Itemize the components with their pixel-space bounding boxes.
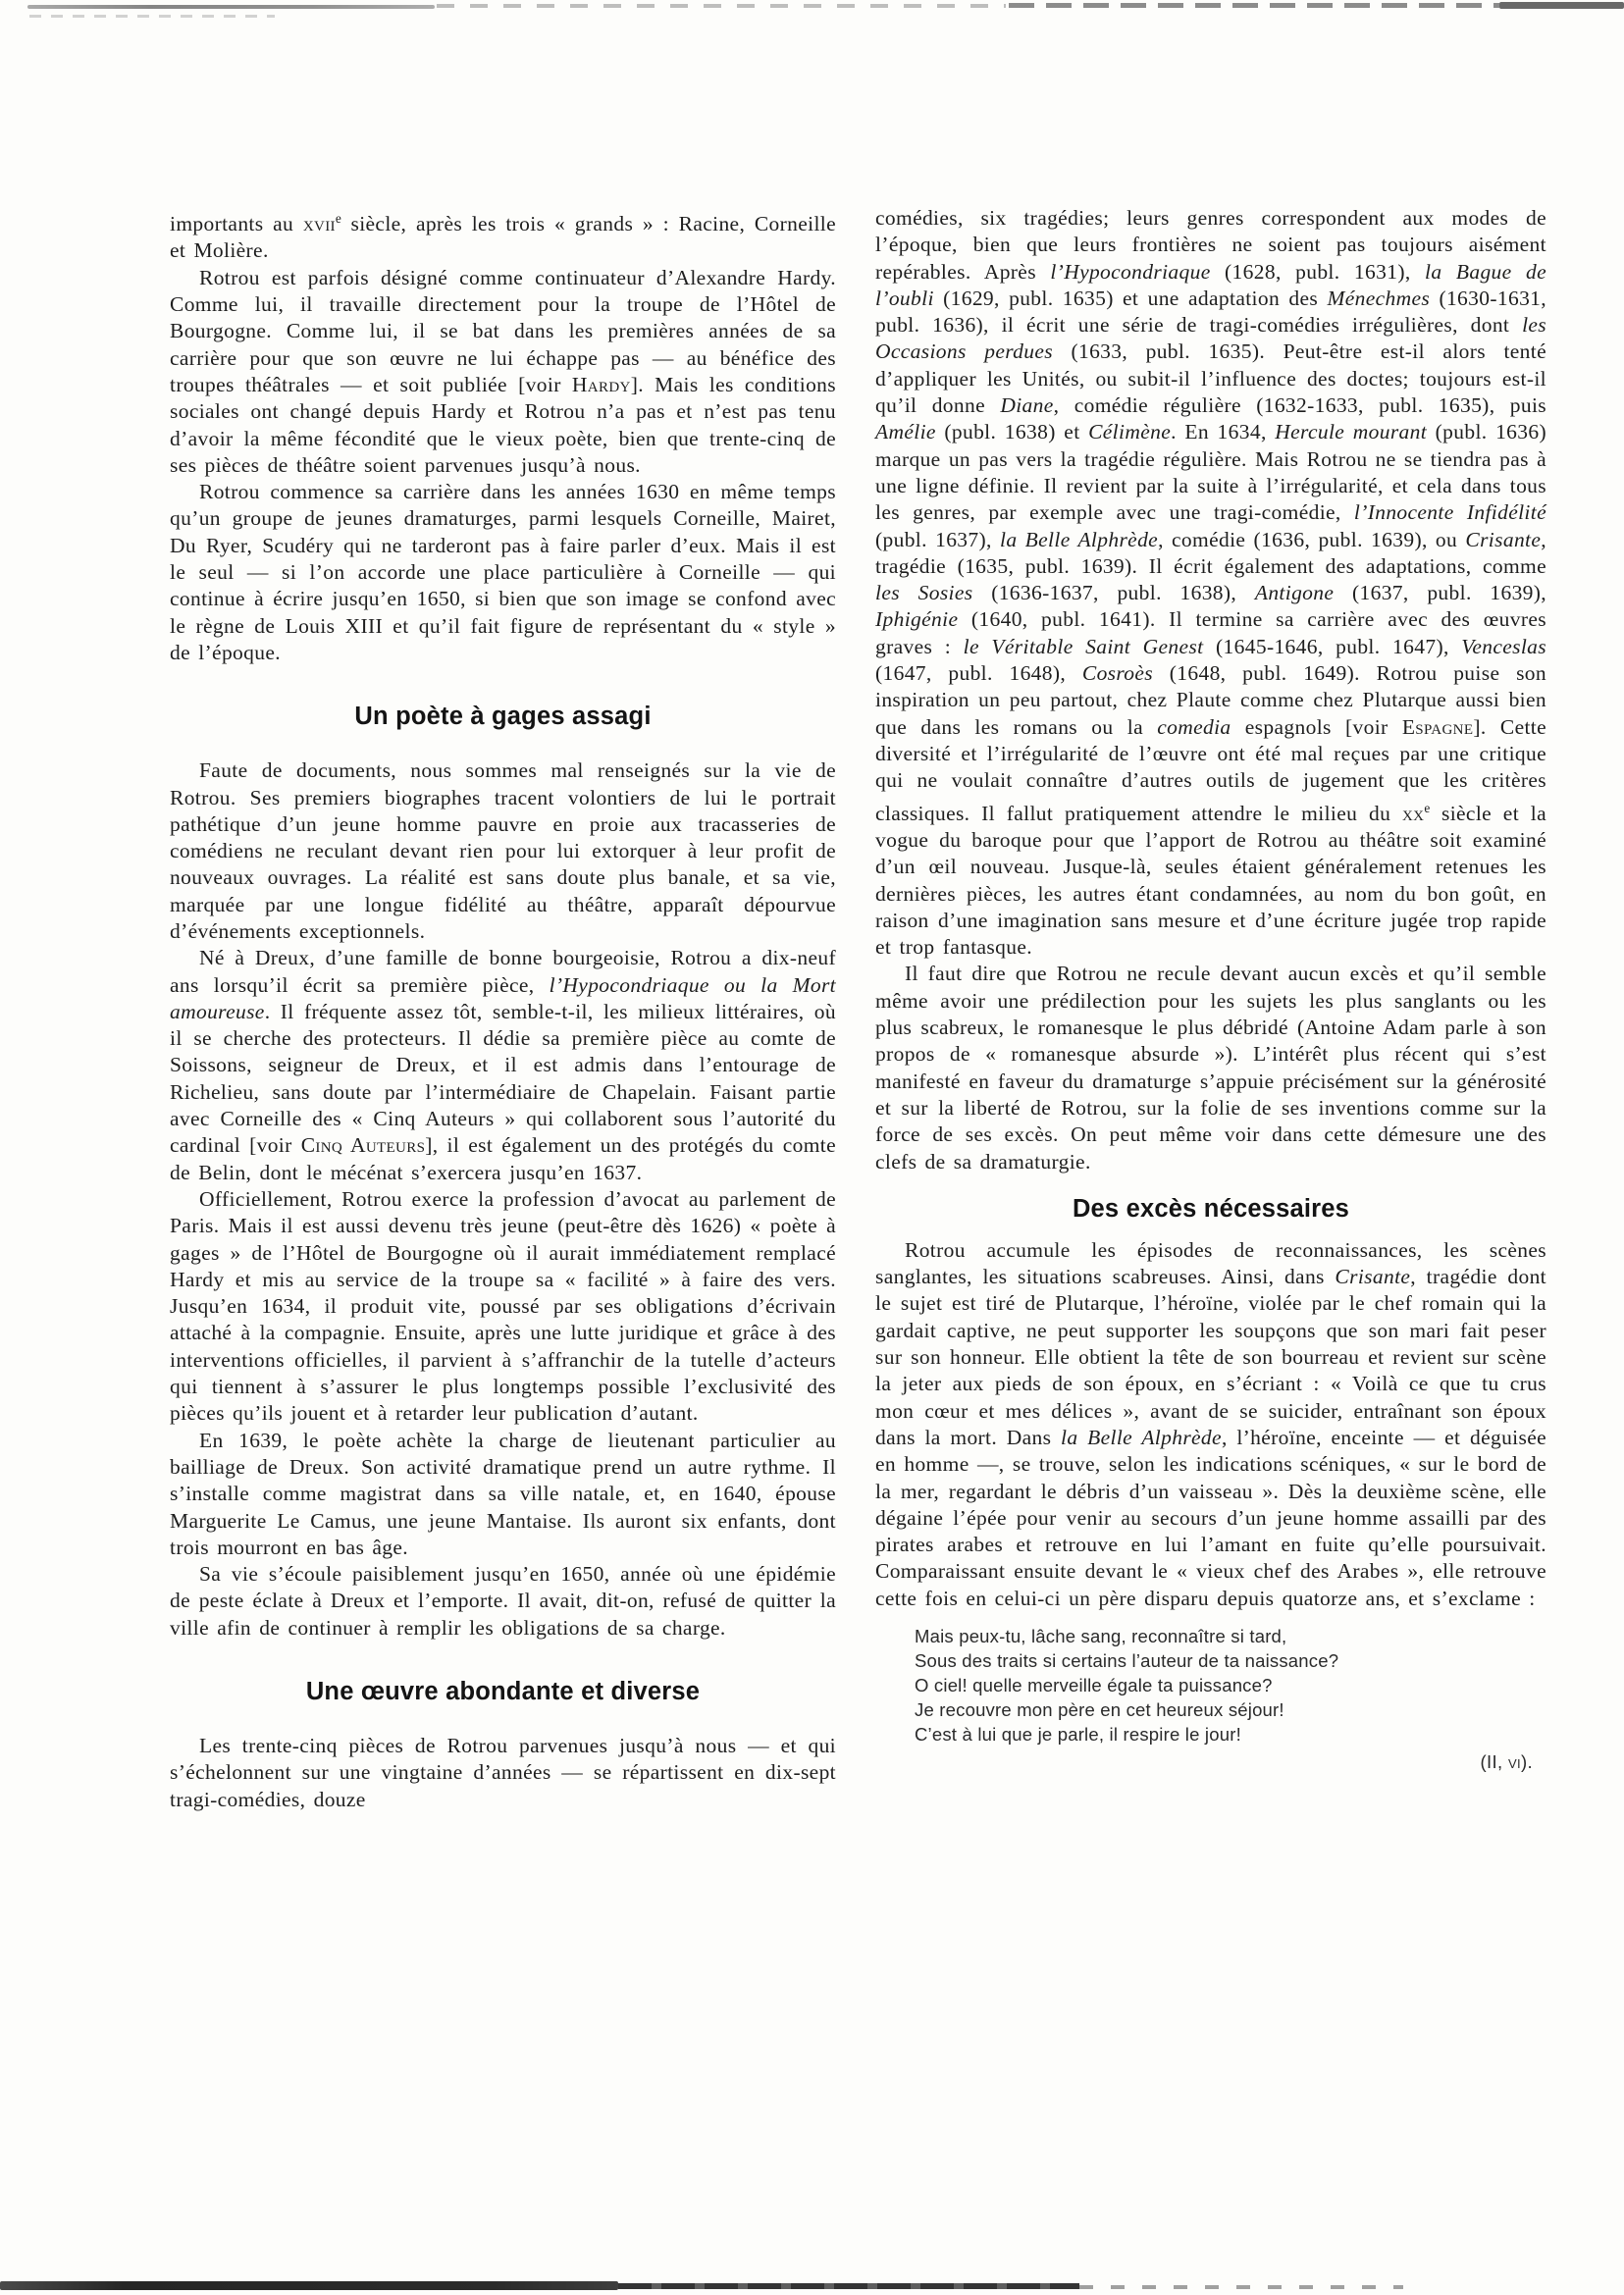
text-segment-i: Iphigénie — [875, 607, 958, 631]
text-segment-i: la Bague de l’oubli — [875, 260, 1546, 310]
verse-attribution: (II, vi). — [875, 1749, 1546, 1774]
scan-edge-artifact-bottom — [618, 2283, 1079, 2289]
section-heading: Un poète à gages assagi — [170, 702, 836, 731]
text-segment-sup: e — [336, 211, 341, 226]
text-segment-sc: vi — [1508, 1751, 1521, 1772]
text-segment-i: Crisante — [1465, 528, 1541, 551]
text-segment-sc: Espagne — [1402, 715, 1474, 739]
paragraph: Les trente-cinq pièces de Rotrou parvenu… — [170, 1733, 836, 1813]
scan-edge-artifact-bottom — [0, 2281, 618, 2290]
column-right: comédies, six tragédies; leurs genres co… — [875, 205, 1546, 1774]
text-segment-i: Cosroès — [1082, 661, 1153, 685]
text-segment-i: l’Innocente Infidélité — [1354, 500, 1546, 524]
paragraph: Rotrou est parfois désigné comme continu… — [170, 265, 836, 479]
text-segment-i: la Belle Alphrède — [1000, 528, 1158, 551]
scan-edge-artifact-top — [27, 5, 435, 9]
text-segment-i: le Véritable Saint Genest — [964, 635, 1204, 658]
verse-line: C’est à lui que je parle, il respire le … — [915, 1722, 1546, 1747]
text-segment-i: les Sosies — [875, 581, 973, 604]
verse-line: Je recouvre mon père en cet heureux séjo… — [915, 1697, 1546, 1722]
paragraph: comédies, six tragédies; leurs genres co… — [875, 205, 1546, 961]
text-segment-i: Venceslas — [1461, 635, 1546, 658]
verse-line: Mais peux-tu, lâche sang, reconnaître si… — [915, 1624, 1546, 1648]
section-heading: Des excès nécessaires — [875, 1194, 1546, 1224]
scan-edge-artifact-top — [437, 4, 1006, 8]
text-segment-i: Célimène — [1088, 420, 1171, 443]
verse-line: O ciel! quelle merveille égale ta puissa… — [915, 1673, 1546, 1697]
scanned-page: importants au xviie siècle, après les tr… — [0, 0, 1624, 2295]
paragraph: Né à Dreux, d’une famille de bonne bourg… — [170, 945, 836, 1186]
verse-line: Sous des traits si certains l’auteur de … — [915, 1648, 1546, 1673]
text-segment-i: Ménechmes — [1327, 287, 1430, 310]
paragraph: Sa vie s’écoule paisiblement jusqu’en 16… — [170, 1561, 836, 1642]
text-segment-sc: xx — [1402, 802, 1424, 825]
text-segment-sup: e — [1424, 801, 1430, 815]
paragraph: importants au xviie siècle, après les tr… — [170, 205, 836, 265]
paragraph: Faute de documents, nous sommes mal rens… — [170, 757, 836, 945]
paragraph: Il faut dire que Rotrou ne recule devant… — [875, 961, 1546, 1174]
text-segment-i: les Occasions perdues — [875, 313, 1546, 363]
text-segment-sc: xvii — [303, 212, 336, 235]
text-segment-sc: Cinq Auteurs — [301, 1133, 426, 1157]
text-segment-i: l’Hypocondriaque ou la Mort amoureuse — [170, 973, 836, 1023]
text-segment-i: comedia — [1157, 715, 1231, 739]
scan-edge-artifact-top — [1009, 3, 1499, 8]
text-segment-i: Amélie — [875, 420, 936, 443]
paragraph: En 1639, le poète achète la charge de li… — [170, 1428, 836, 1561]
section-heading: Une œuvre abondante et diverse — [170, 1677, 836, 1706]
text-segment-i: Crisante — [1335, 1265, 1410, 1288]
paragraph: Rotrou accumule les épisodes de reconnai… — [875, 1237, 1546, 1612]
text-segment-i: Diane — [1000, 393, 1053, 417]
column-left: importants au xviie siècle, après les tr… — [170, 205, 836, 1813]
verse-quote: Mais peux-tu, lâche sang, reconnaître si… — [915, 1624, 1546, 1747]
paragraph: Officiellement, Rotrou exerce la profess… — [170, 1186, 836, 1428]
scan-edge-artifact-top — [29, 15, 275, 18]
text-segment-sc: Hardy — [572, 373, 631, 396]
scan-edge-artifact-bottom — [1079, 2285, 1403, 2289]
text-segment-i: la Belle Alphrède — [1061, 1426, 1222, 1449]
text-segment-i: l’Hypocondriaque — [1050, 260, 1210, 284]
scan-edge-artifact-top — [1499, 2, 1624, 9]
text-segment-i: Antigone — [1255, 581, 1334, 604]
paragraph: Rotrou commence sa carrière dans les ann… — [170, 479, 836, 666]
text-segment-i: Hercule mourant — [1275, 420, 1427, 443]
